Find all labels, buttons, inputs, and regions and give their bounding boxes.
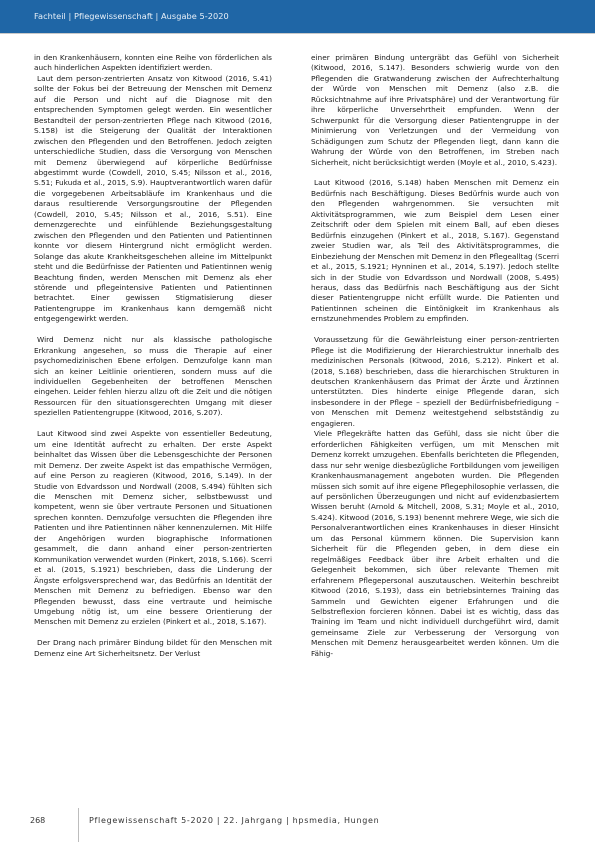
left-text-column: in den Krankenhäusern, konnten eine Reih… [34, 53, 272, 659]
paragraph: Laut dem person-zentrierten Ansatz von K… [34, 74, 272, 325]
footer-divider [78, 808, 79, 842]
page-number: 268 [30, 816, 45, 825]
running-header-bar: Fachteil | Pflegewissenschaft | Ausgabe … [0, 0, 595, 34]
paragraph: Wird Demenz nicht nur als klassische pat… [34, 335, 272, 419]
running-header-title: Fachteil | Pflegewissenschaft | Ausgabe … [34, 11, 229, 21]
paragraph: Der Drang nach primärer Bindung bildet f… [34, 638, 272, 659]
paragraph: Laut Kitwood (2016, S.148) haben Mensche… [311, 178, 559, 324]
paragraph: einer primären Bindung untergräbt das Ge… [311, 53, 559, 168]
paragraph: Viele Pflegekräfte hatten das Gefühl, da… [311, 429, 559, 659]
page-footer: 268 Pflegewissenschaft 5-2020 | 22. Jahr… [0, 808, 595, 842]
right-text-column: einer primären Bindung untergräbt das Ge… [311, 53, 559, 659]
paragraph: Laut Kitwood sind zwei Aspekte von essen… [34, 429, 272, 628]
paragraph: in den Krankenhäusern, konnten eine Reih… [34, 53, 272, 74]
paragraph: Voraussetzung für die Gewährleistung ein… [311, 335, 559, 429]
publication-info: Pflegewissenschaft 5-2020 | 22. Jahrgang… [89, 816, 379, 825]
